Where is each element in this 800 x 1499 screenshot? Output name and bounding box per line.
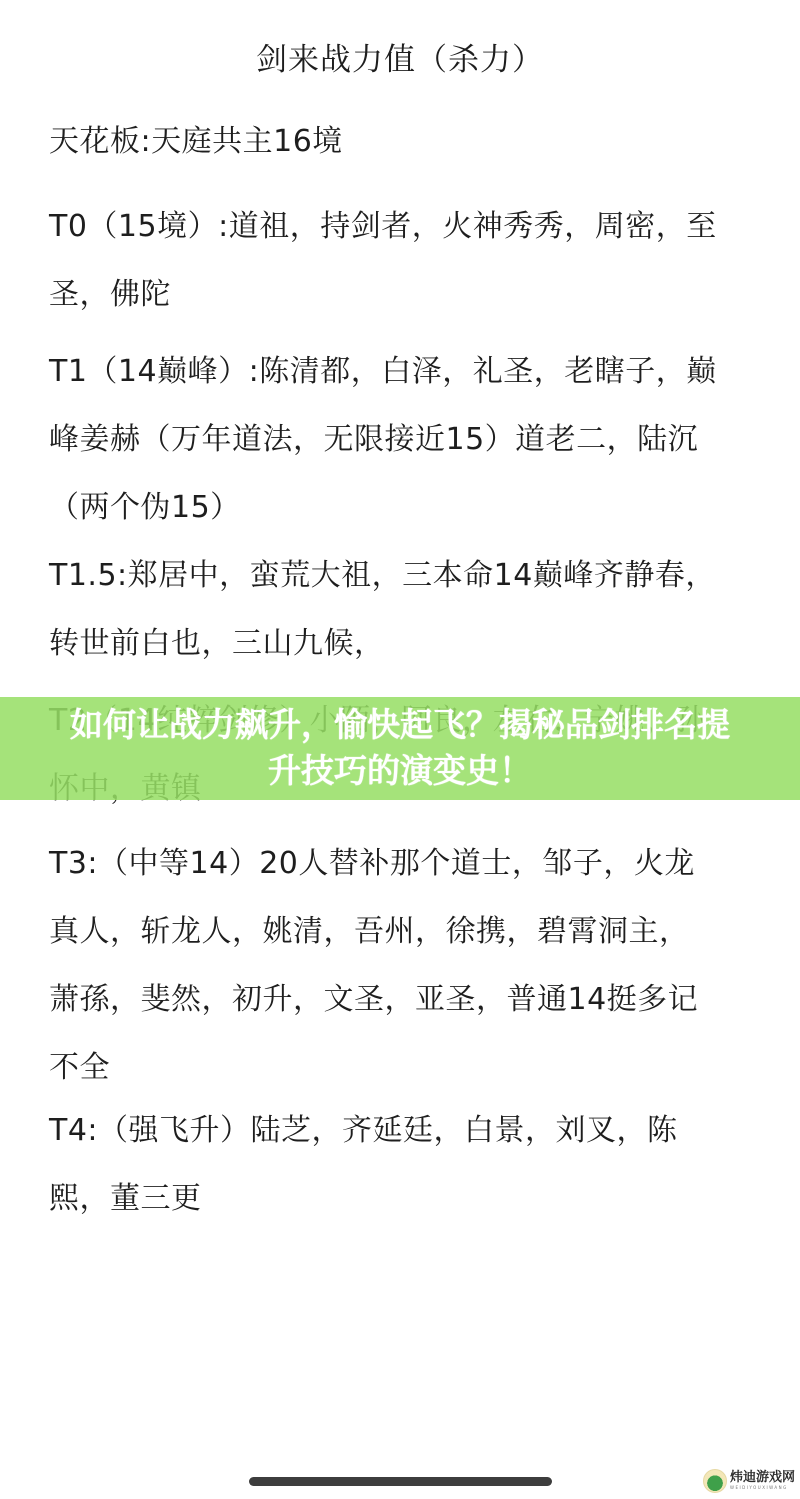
text-line: 不全 <box>49 1034 759 1102</box>
watermark-text: 炜迪游戏网 WEIDIYOUXIWANG <box>730 1471 795 1490</box>
headline-banner-title: 如何让战力飙升，愉快起飞？揭秘品剑排名提 升技巧的演变史！ <box>0 702 800 794</box>
home-indicator-bar[interactable] <box>249 1477 552 1486</box>
text-line: 转世前白也，三山九候， <box>49 610 759 678</box>
text-line: T0（15境）:道祖，持剑者，火神秀秀，周密，至 <box>49 193 759 261</box>
headline-line: 如何让战力飙升，愉快起飞？揭秘品剑排名提 <box>0 702 800 748</box>
paragraph-tier-t1: T1（14巅峰）:陈清都，白泽，礼圣，老瞎子，巅 峰姜赫（万年道法，无限接近15… <box>49 338 759 542</box>
text-line: 峰姜赫（万年道法，无限接近15）道老二，陆沉 <box>49 406 759 474</box>
text-line: T1（14巅峰）:陈清都，白泽，礼圣，老瞎子，巅 <box>49 338 759 406</box>
text-line: T3:（中等14）20人替补那个道士，邹子，火龙 <box>49 830 759 898</box>
paragraph-tier-t3: T3:（中等14）20人替补那个道士，邹子，火龙 真人，斩龙人，姚清，吾州，徐携… <box>49 830 759 1102</box>
paragraph-tier-t1-5: T1.5:郑居中，蛮荒大祖，三本命14巅峰齐静春， 转世前白也，三山九候， <box>49 542 759 678</box>
paragraph-tier-t0: T0（15境）:道祖，持剑者，火神秀秀，周密，至 圣，佛陀 <box>49 193 759 329</box>
game-site-logo-icon <box>703 1469 727 1493</box>
headline-line: 升技巧的演变史！ <box>0 748 800 794</box>
paragraph-ceiling: 天花板:天庭共主16境 <box>49 108 759 176</box>
watermark-name: 炜迪游戏网 <box>730 1471 795 1484</box>
note-title: 剑来战力值（杀力） <box>0 36 800 84</box>
site-watermark: 炜迪游戏网 WEIDIYOUXIWANG <box>703 1462 800 1499</box>
text-line: 熙，董三更 <box>49 1165 759 1233</box>
watermark-pinyin: WEIDIYOUXIWANG <box>730 1486 795 1490</box>
text-line: T4:（强飞升）陆芝，齐延廷，白景，刘叉，陈 <box>49 1097 759 1165</box>
text-line: 圣，佛陀 <box>49 261 759 329</box>
text-line: 真人，斩龙人，姚清，吾州，徐携，碧霄洞主， <box>49 898 759 966</box>
paragraph-tier-t4: T4:（强飞升）陆芝，齐延廷，白景，刘叉，陈 熙，董三更 <box>49 1097 759 1233</box>
text-line: T1.5:郑居中，蛮荒大祖，三本命14巅峰齐静春， <box>49 542 759 610</box>
text-line: （两个伪15） <box>49 474 759 542</box>
text-line: 萧孫，斐然，初升，文圣，亚圣，普通14挺多记 <box>49 966 759 1034</box>
text-line: 天花板:天庭共主16境 <box>49 108 759 176</box>
